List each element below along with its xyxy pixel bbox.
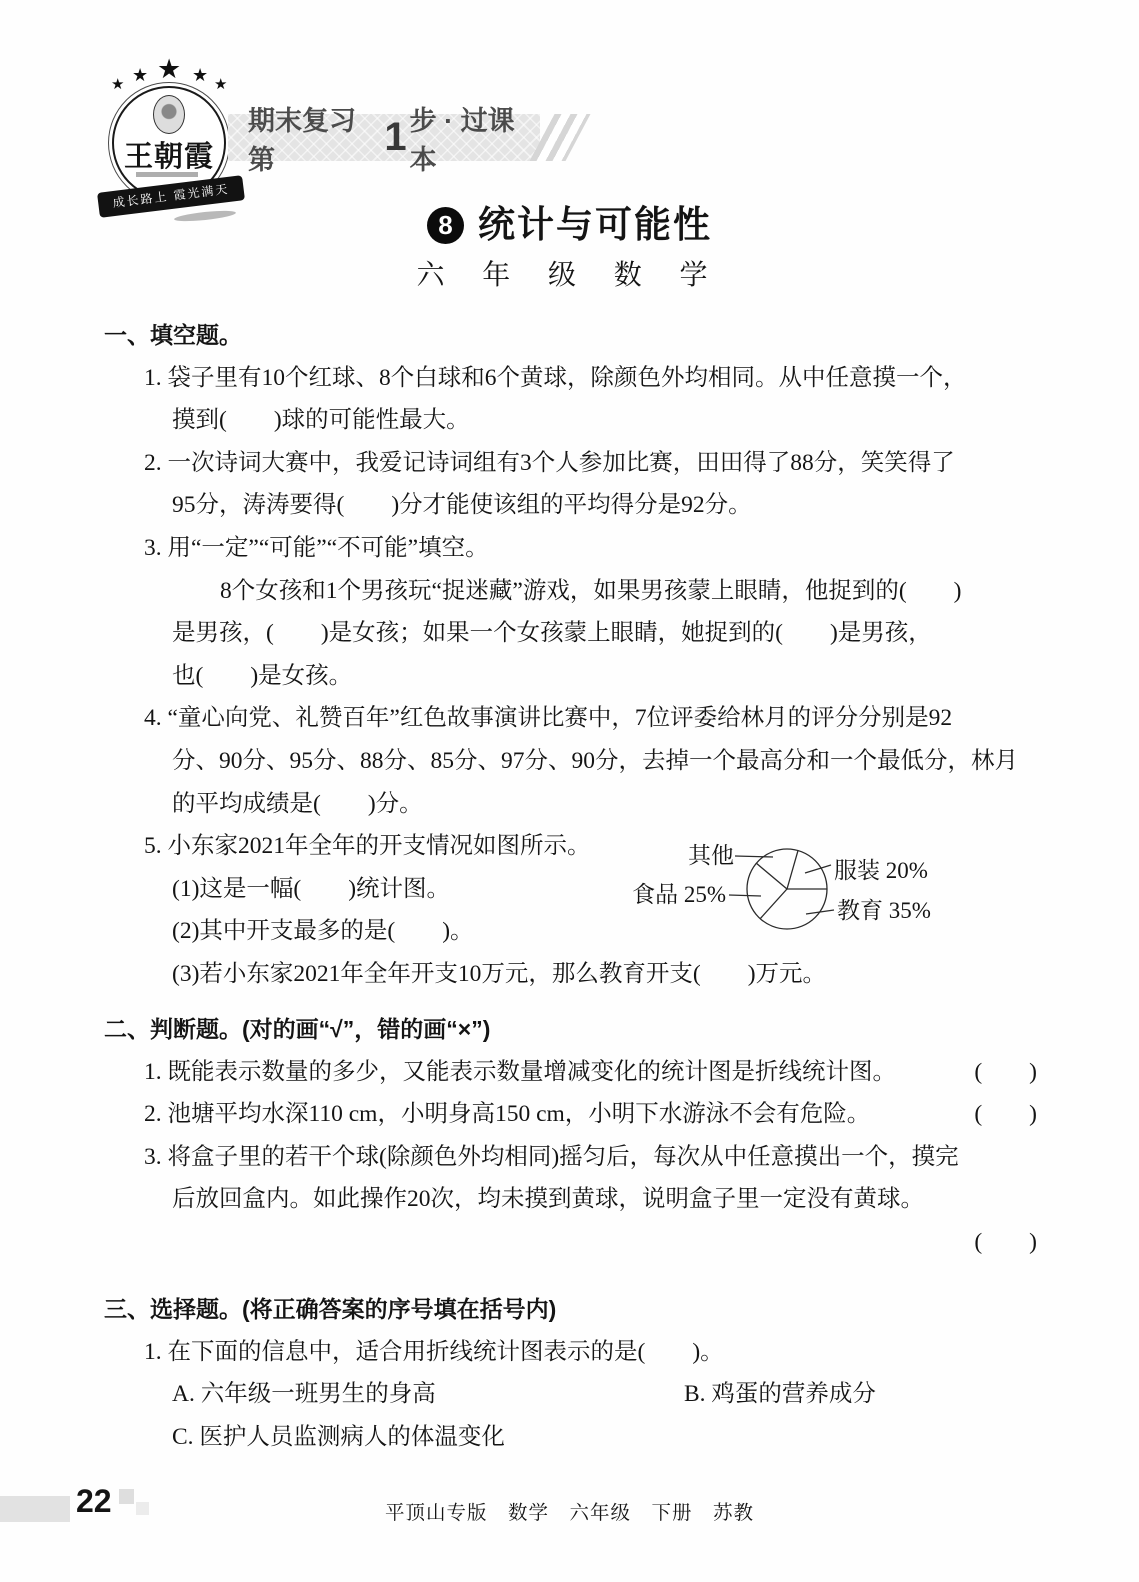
- section-heading: 一、填空题。: [0, 314, 1139, 357]
- question-line: 2. 一次诗词大赛中，我爱记诗词组有3个人参加比赛，田田得了88分，笑笑得了: [0, 442, 1139, 485]
- pie-chart-figure: 其他 服装 20% 食品 25% 教育 35%: [600, 831, 950, 966]
- option-b: B. 鸡蛋的营养成分: [684, 1381, 876, 1407]
- banner-text-suffix: 步 · 过课本: [410, 99, 540, 177]
- question-line: 4. “童心向党、礼赞百年”红色故事演讲比赛中，7位评委给林月的评分分别是92: [0, 697, 1139, 740]
- logo-fine-print: [136, 172, 198, 177]
- section-heading: 二、判断题。(对的画“√”，错的画“×”): [0, 1008, 1139, 1051]
- chapter-title-text: 统计与可能性: [478, 204, 712, 245]
- question-line: 95分，涛涛要得( )分才能使该组的平均得分是92分。: [0, 484, 1139, 527]
- section-heading: 三、选择题。(将正确答案的序号填在括号内): [0, 1288, 1139, 1331]
- brand-name: 王朝霞: [114, 134, 224, 175]
- section-multiple-choice: 三、选择题。(将正确答案的序号填在括号内) 1. 在下面的信息中，适合用折线统计…: [0, 1288, 1139, 1458]
- chapter-number-badge: 8: [427, 207, 464, 244]
- pie-label-other: 其他: [682, 843, 734, 869]
- star-icon: ★: [192, 66, 208, 84]
- star-icon: ★: [111, 78, 124, 93]
- question-line: 是男孩，( )是女孩；如果一个女孩蒙上眼睛，她捉到的( )是男孩，: [0, 612, 1139, 655]
- question-line: 1. 在下面的信息中，适合用折线统计图表示的是( )。: [0, 1331, 1139, 1374]
- question-line: 后放回盒内。如此操作20次，均未摸到黄球，说明盒子里一定没有黄球。: [0, 1178, 1139, 1221]
- question-line: 8个女孩和1个男孩玩“捉迷藏”游戏，如果男孩蒙上眼睛，他捉到的( ): [0, 570, 1139, 613]
- portrait-photo: [153, 95, 185, 134]
- question-text: 1. 既能表示数量的多少，又能表示数量增减变化的统计图是折线统计图。: [144, 1051, 896, 1094]
- worksheet-page: ★ ★ ★ ★ ★ 王朝霞 成长路上 霞光满天 期末复习第 1 步 · 过课本 …: [0, 0, 1139, 1582]
- question-line: 也( )是女孩。: [0, 655, 1139, 698]
- question-line: 2. 池塘平均水深110 cm，小明身高150 cm，小明下水游泳不会有危险。 …: [0, 1093, 1139, 1136]
- answer-bracket-line: ( ): [0, 1221, 1139, 1264]
- question-line: (3)若小东家2021年全年开支10万元，那么教育开支( )万元。: [0, 953, 1139, 996]
- question-line: 的平均成绩是( )分。: [0, 783, 1139, 826]
- question-line: 分、90分、95分、88分、85分、97分、90分，去掉一个最高分和一个最低分，…: [0, 740, 1139, 783]
- option-c: C. 医护人员监测病人的体温变化: [0, 1416, 1139, 1459]
- question-line: (1)这是一幅( )统计图。: [0, 868, 1139, 911]
- question-line: 1. 既能表示数量的多少，又能表示数量增减变化的统计图是折线统计图。 ( ): [0, 1051, 1139, 1094]
- header-banner: 期末复习第 1 步 · 过课本: [228, 114, 540, 161]
- question-line: 3. 用“一定”“可能”“不可能”填空。: [0, 527, 1139, 570]
- question-line: (2)其中开支最多的是( )。: [0, 910, 1139, 953]
- banner-text-prefix: 期末复习第: [248, 99, 381, 177]
- star-icon: ★: [157, 56, 181, 83]
- answer-bracket: ( ): [974, 1093, 1037, 1136]
- section-fill-in-blanks: 一、填空题。 1. 袋子里有10个红球、8个白球和6个黄球，除颜色外均相同。从中…: [0, 314, 1139, 996]
- question-line: 3. 将盒子里的若干个球(除颜色外均相同)摇匀后，每次从中任意摸出一个，摸完: [0, 1136, 1139, 1179]
- option-a: A. 六年级一班男生的身高: [172, 1373, 684, 1416]
- question-line: 摸到( )球的可能性最大。: [0, 399, 1139, 442]
- answer-bracket: ( ): [974, 1051, 1037, 1094]
- grade-subject-subtitle: 六 年 级 数 学: [0, 253, 1139, 293]
- pie-label-clothing: 服装 20%: [834, 858, 928, 884]
- question-line: 1. 袋子里有10个红球、8个白球和6个黄球，除颜色外均相同。从中任意摸一个，: [0, 357, 1139, 400]
- star-icon: ★: [214, 78, 227, 93]
- pie-label-food: 食品 25%: [628, 882, 726, 908]
- chapter-title: 8统计与可能性: [0, 194, 1139, 248]
- footer-edition-text: 平顶山专版 数学 六年级 下册 苏教: [0, 1497, 1139, 1525]
- question-text: 2. 池塘平均水深110 cm，小明身高150 cm，小明下水游泳不会有危险。: [144, 1093, 870, 1136]
- star-icon: ★: [132, 66, 148, 84]
- section-true-false: 二、判断题。(对的画“√”，错的画“×”) 1. 既能表示数量的多少，又能表示数…: [0, 1008, 1139, 1264]
- options-row: A. 六年级一班男生的身高B. 鸡蛋的营养成分: [0, 1373, 1139, 1416]
- banner-step-number: 1: [384, 115, 406, 160]
- question-line: 5. 小东家2021年全年的开支情况如图所示。: [0, 825, 1139, 868]
- pie-label-education: 教育 35%: [837, 898, 931, 924]
